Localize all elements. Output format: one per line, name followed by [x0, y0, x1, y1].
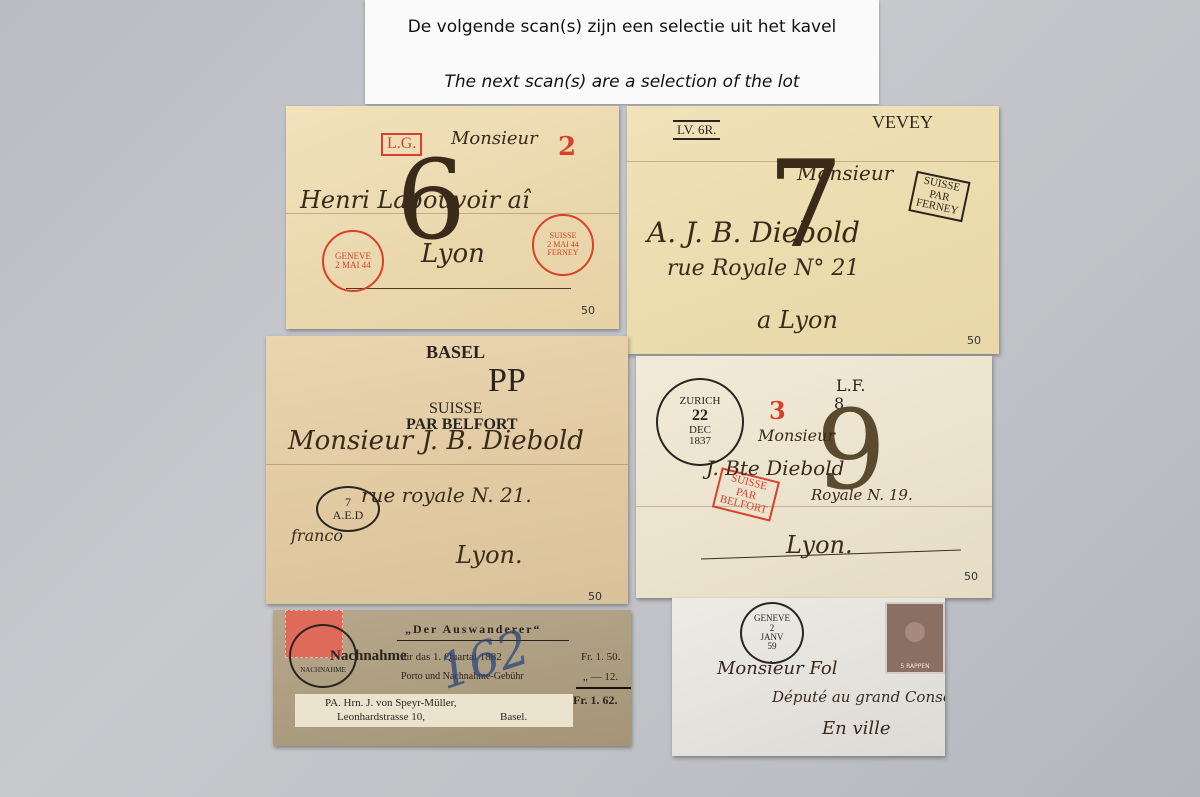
- geneve-postmark: GENEVE2 MAI 44: [322, 230, 384, 292]
- address-line-3: En ville: [822, 718, 891, 739]
- quarter-amount: Fr. 1. 50.: [581, 651, 620, 663]
- address-line-2: J. Bte Diebold: [706, 456, 844, 480]
- address-line-1: Monsieur Fol: [717, 658, 838, 679]
- addressee-line-2: Leonhardstrasse 10,: [337, 711, 425, 723]
- address-line-1: Monsieur J. B. Diebold: [288, 426, 584, 456]
- lv-handstamp: LV. 6R.: [673, 120, 720, 140]
- address-line-3: Lyon.: [456, 541, 523, 569]
- red-numeral: 2: [558, 132, 576, 162]
- addressee-line-1: PA. Hrn. J. von Speyr-Müller,: [325, 697, 457, 709]
- address-line-3: rue Royale N° 21: [667, 256, 859, 281]
- vevey-handstamp: VEVEY: [872, 112, 933, 133]
- tax-numeral: 6: [396, 136, 466, 264]
- letter-geneve: L.G. 2 Monsieur Henri Labouvoir aî Lyon …: [286, 106, 619, 329]
- red-numeral: 3: [769, 396, 786, 425]
- address-line-1: Monsieur: [797, 161, 893, 185]
- lot-mark: 50: [581, 304, 595, 317]
- address-line-3: Royale N. 19.: [811, 486, 913, 504]
- addressee-city: Basel.: [500, 711, 527, 723]
- strubel-stamp: 5 RAPPEN: [885, 602, 945, 674]
- cover-geneve: GENEVE 2 JANV 59 5 RAPPEN Monsieur Fol D…: [672, 598, 945, 756]
- porto-amount: „ — 12.: [583, 671, 618, 683]
- aed-oval: 7A.E.D: [316, 486, 380, 532]
- pp-handstamp: PP: [488, 362, 526, 400]
- notice-english: The next scan(s) are a selection of the …: [365, 72, 879, 92]
- lot-mark: 50: [967, 334, 981, 347]
- lot-mark: 50: [588, 590, 602, 603]
- letter-vevey: LV. 6R. VEVEY SUISSEPARFERNEY 7 Monsieur…: [627, 106, 999, 354]
- tax-numeral: 7: [767, 136, 843, 275]
- letter-zurich: ZURICH 22 DEC 1837 3 L.F. 8. 9 SUISSEPAR…: [636, 356, 992, 598]
- address-line-2: Député au grand Conseil: [772, 688, 945, 706]
- zurich-postmark: ZURICH 22 DEC 1837: [656, 378, 744, 466]
- suisse-ferney-postmark: SUISSE2 MAI 44FERNEY: [532, 214, 594, 276]
- wrapper-auswanderer: NACHNAHME „Der Auswanderer“ Nachnahme fü…: [273, 610, 631, 746]
- suisse-par-ferney-box: SUISSEPARFERNEY: [908, 171, 970, 222]
- total-amount: Fr. 1. 62.: [573, 693, 618, 708]
- letter-basel: BASEL PP SUISSE PAR BELFORT Monsieur J. …: [266, 336, 628, 604]
- nachnahme-label: Nachnahme: [330, 648, 407, 665]
- address-line-4: a Lyon: [757, 306, 838, 334]
- basel-handstamp: BASEL: [426, 342, 485, 363]
- address-line-2: A. J. B. Diebold: [647, 216, 860, 249]
- address-line-1: Monsieur: [758, 426, 835, 445]
- stamp-value: 5 RAPPEN: [887, 663, 943, 670]
- geneve-postmark: GENEVE 2 JANV 59: [740, 602, 804, 664]
- notice-dutch: De volgende scan(s) zijn een selectie ui…: [365, 17, 879, 37]
- lot-mark: 50: [964, 570, 978, 583]
- notice-label: De volgende scan(s) zijn een selectie ui…: [365, 0, 879, 104]
- address-line-2: rue royale N. 21.: [361, 483, 532, 507]
